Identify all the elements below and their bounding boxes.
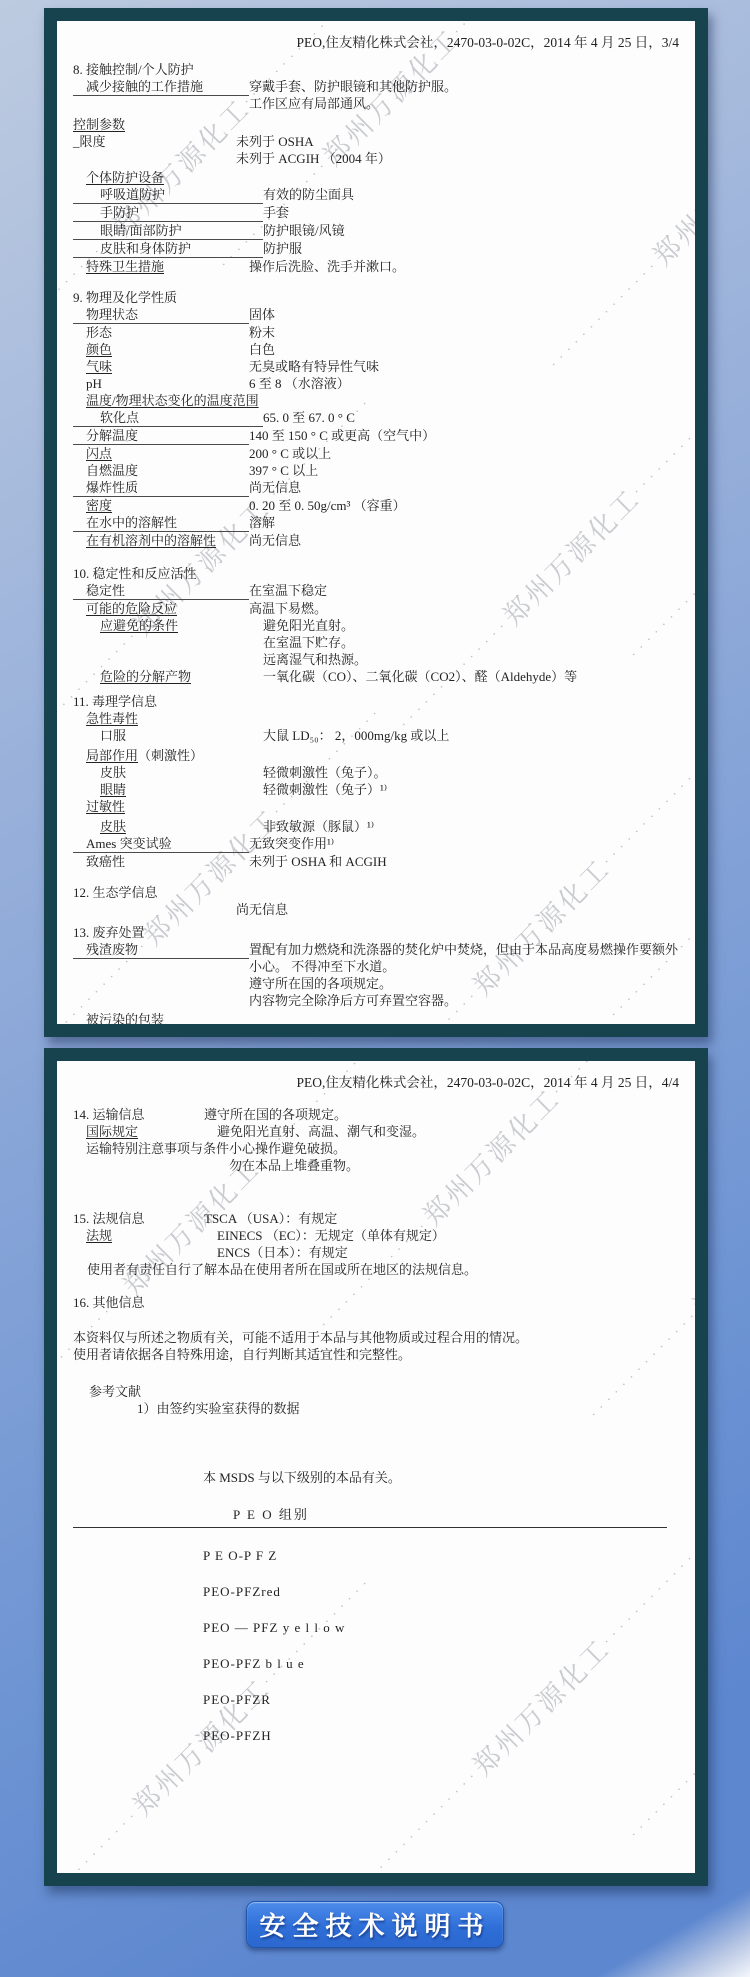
field-row: 危险的分解产物一氧化碳（CO）、二氧化碳（CO2）、醛（Aldehyde）等 <box>73 668 681 685</box>
field-label: 在水中的溶解性 <box>73 514 249 532</box>
field-label-text: 应避免的条件 <box>100 618 178 633</box>
field-label: 眼睛/面部防护 <box>73 222 263 240</box>
field-row: 软化点65. 0 至 67. 0 ° C <box>73 409 681 427</box>
field-label-text: 皮肤 <box>100 819 126 834</box>
field-row: 皮肤和身体防护防护服 <box>73 240 681 258</box>
field-label-text: 密度 <box>86 498 112 513</box>
field-value: 溶解 <box>249 514 681 531</box>
field-value: 65. 0 至 67. 0 ° C <box>263 409 681 426</box>
field-value: EINECS （EC）：无规定（单体有规定）ENCS（日本）：有规定 <box>217 1227 681 1261</box>
field-label: 残渣废物 <box>73 941 249 959</box>
field-label-text: 自燃温度 <box>86 463 138 478</box>
document-header: PEO,住友精化株式会社，2470-03-0-02C，2014 年 4 月 25… <box>73 1074 679 1092</box>
field-value-line: 白色 <box>249 341 681 358</box>
spacer <box>73 685 681 693</box>
field-label: 稳定性 <box>73 582 249 600</box>
section-heading: 12. 生态学信息 <box>73 884 681 901</box>
field-label-text: 稳定性 <box>86 583 125 598</box>
section-heading: 13. 废弃处置 <box>73 924 681 941</box>
field-value-line: 手套 <box>263 204 681 221</box>
paragraph: 使用者请依据各自特殊用途，自行判断其适宜性和完整性。 <box>73 1346 681 1363</box>
field-value: 操作后洗脸、洗手并漱口。 <box>249 258 681 275</box>
field-label-text: 残渣废物 <box>86 942 138 957</box>
field-value-line: 有效的防尘面具 <box>263 186 681 203</box>
field-label: 14. 运输信息 <box>73 1106 204 1123</box>
field-label-text: 危险的分解产物 <box>100 669 191 684</box>
field-row: 物理状态固体 <box>73 306 681 324</box>
field-value: 防护眼镜/风镜 <box>263 222 681 239</box>
field-row: 呼吸道防护有效的防尘面具 <box>73 186 681 204</box>
field-value: 未列于 OSHA 和 ACGIH <box>249 853 681 870</box>
field-row: pH6 至 8 （水溶液） <box>73 375 681 392</box>
field-value: 轻微刺激性（兔子）。 <box>263 764 681 781</box>
field-label: 气味 <box>73 358 249 375</box>
field-label: 被污染的包装 <box>73 1011 249 1028</box>
field-label-text: 口服 <box>100 728 126 743</box>
field-value-line: 遵守所在国的各项规定。 <box>249 975 681 992</box>
field-label-text: 特殊卫生措施 <box>86 259 164 274</box>
field-value-line: 置配有加力燃烧和洗涤器的焚化炉中焚烧，但由于本品高度易燃操作要额外小心。 不得冲… <box>249 941 681 975</box>
field-label-text: 减少接触的工作措施 <box>86 79 203 94</box>
field-label: 软化点 <box>73 409 263 427</box>
field-value-line: 高温下易燃。 <box>249 600 681 617</box>
field-value-line: 无致突变作用¹⁾ <box>249 835 681 852</box>
field-label-text: 皮肤 <box>100 765 126 780</box>
field-label-text: 致癌性 <box>86 854 125 869</box>
field-label-text: 手防护 <box>100 205 139 220</box>
field-row: 密度0. 20 至 0. 50g/cm³ （容重） <box>73 497 681 514</box>
field-value: 小心操作避免破损。勿在本品上堆叠重物。 <box>229 1140 681 1174</box>
field-row: 急性毒性 <box>73 710 681 727</box>
field-value: 遵守所在国的各项规定。 <box>204 1106 681 1123</box>
field-label-text: 温度/物理状态变化的温度范围 <box>86 393 259 408</box>
spacer <box>73 549 681 565</box>
field-row: 过敏性 <box>73 798 681 815</box>
field-value: 置配有加力燃烧和洗涤器的焚化炉中焚烧，但由于本品高度易燃操作要额外小心。 不得冲… <box>249 941 681 1009</box>
field-value: 避免阳光直射、高温、潮气和变湿。 <box>217 1123 681 1140</box>
field-value-line: 防护眼镜/风镜 <box>263 222 681 239</box>
field-value: 避免阳光直射。在室温下贮存。远离湿气和热源。 <box>263 617 681 668</box>
field-value: 未列于 OSHA未列于 ACGIH （2004 年） <box>236 133 681 167</box>
field-row: 被污染的包装 <box>73 1011 681 1028</box>
field-value-line: ENCS（日本）：有规定 <box>217 1244 681 1261</box>
field-value-line: 200 ° C 或以上 <box>249 445 681 462</box>
field-label-text: 急性毒性 <box>86 711 138 726</box>
field-label-text: 气味 <box>86 359 112 374</box>
section-heading: 9. 物理及化学性质 <box>73 289 681 306</box>
field-label-text: 可能的危险反应 <box>86 601 177 616</box>
field-label-text: 国际规定 <box>86 1124 138 1139</box>
field-row: 皮肤非致敏源（豚鼠）¹⁾ <box>73 818 681 835</box>
field-label: 减少接触的工作措施 <box>73 78 249 96</box>
field-label: 法规 <box>73 1227 217 1244</box>
field-row: 尚无信息 <box>73 901 681 918</box>
field-row: 可能的危险反应高温下易燃。 <box>73 600 681 617</box>
field-value-line: 大鼠 LD₅₀： 2，000mg/kg 或以上 <box>263 727 681 744</box>
field-row: 眼睛/面部防护防护眼镜/风镜 <box>73 222 681 240</box>
field-value: 一氧化碳（CO）、二氧化碳（CO2）、醛（Aldehyde）等 <box>263 668 681 685</box>
paragraph: 参考文献 <box>73 1383 681 1400</box>
field-label-text: 控制参数 <box>73 117 125 132</box>
field-label: 15. 法规信息 <box>73 1210 204 1227</box>
field-rows: 14. 运输信息遵守所在国的各项规定。国际规定避免阳光直射、高温、潮气和变湿。运… <box>73 1106 681 1744</box>
field-row: 致癌性未列于 OSHA 和 ACGIH <box>73 853 681 870</box>
field-value: 非致敏源（豚鼠）¹⁾ <box>263 818 681 835</box>
field-label-text: 物理状态 <box>86 307 138 322</box>
field-row: 减少接触的工作措施穿戴手套、防护眼镜和其他防护服。工作区应有局部通风。 <box>73 78 681 112</box>
field-row: Ames 突变试验无致突变作用¹⁾ <box>73 835 681 853</box>
field-value-line: 尚无信息 <box>249 532 681 549</box>
field-label-text: 颜色 <box>86 342 112 357</box>
field-label-text: 呼吸道防护 <box>100 187 165 202</box>
section-heading: 8. 接触控制/个人防护 <box>73 61 681 78</box>
page-content: PEO,住友精化株式会社，2470-03-0-02C，2014 年 4 月 25… <box>57 21 695 1024</box>
spacer <box>73 1174 681 1210</box>
field-value-line: 小心操作避免破损。 <box>229 1140 681 1157</box>
field-value: 防护服 <box>263 240 681 257</box>
field-value-line: 避免阳光直射、高温、潮气和变湿。 <box>217 1123 681 1140</box>
field-value-line: 一氧化碳（CO）、二氧化碳（CO2）、醛（Aldehyde）等 <box>263 668 681 685</box>
field-row: 分解温度140 至 150 ° C 或更高（空气中） <box>73 427 681 445</box>
paragraph: 1）由签约实验室获得的数据 <box>73 1400 681 1417</box>
field-value-line: 溶解 <box>249 514 681 531</box>
field-label: 皮肤 <box>73 764 263 781</box>
field-row: 在水中的溶解性溶解 <box>73 514 681 532</box>
section-heading: 10. 稳定性和反应活性 <box>73 565 681 582</box>
field-label-text: 在水中的溶解性 <box>86 515 177 530</box>
field-value-line: 穿戴手套、防护眼镜和其他防护服。 <box>249 78 681 95</box>
field-value-line: 尚无信息 <box>236 901 681 918</box>
field-label-text: 眼睛/面部防护 <box>100 223 182 238</box>
field-label: 特殊卫生措施 <box>73 258 249 275</box>
field-label: 颜色 <box>73 341 249 358</box>
field-label: 温度/物理状态变化的温度范围 <box>73 392 259 409</box>
field-row: 颜色白色 <box>73 341 681 358</box>
field-value: 140 至 150 ° C 或更高（空气中） <box>249 427 681 444</box>
field-value-line: 固体 <box>249 306 681 323</box>
field-value-line: 未列于 OSHA 和 ACGIH <box>249 853 681 870</box>
field-value: 轻微刺激性（兔子）¹⁾ <box>263 781 681 798</box>
field-row: 国际规定避免阳光直射、高温、潮气和变湿。 <box>73 1123 681 1140</box>
field-value-line: TSCA （USA）：有规定 <box>204 1210 681 1227</box>
field-label: 手防护 <box>73 204 263 222</box>
field-row: 应避免的条件避免阳光直射。在室温下贮存。远离湿气和热源。 <box>73 617 681 668</box>
field-value-line: 勿在本品上堆叠重物。 <box>229 1157 681 1174</box>
field-value-line: 粉末 <box>249 324 681 341</box>
section-heading: 11. 毒理学信息 <box>73 693 681 710</box>
field-value: 0. 20 至 0. 50g/cm³ （容重） <box>249 497 681 514</box>
field-label-text: 形态 <box>86 325 112 340</box>
field-value-line: 在室温下稳定 <box>249 582 681 599</box>
field-row: 气味无臭或略有特异性气味 <box>73 358 681 375</box>
field-label: 分解温度 <box>73 427 249 445</box>
field-label-text: 14. 运输信息 <box>73 1107 145 1122</box>
field-label: 眼睛 <box>73 781 263 798</box>
field-value: 尚无信息 <box>249 532 681 549</box>
field-label: 致癌性 <box>73 853 249 870</box>
field-label: 个体防护设备 <box>73 169 249 186</box>
field-value: 有效的防尘面具 <box>263 186 681 203</box>
spacer <box>73 1486 681 1506</box>
field-value-line: 尚无信息 <box>249 479 681 496</box>
field-value-line: 在室温下贮存。 <box>263 634 681 651</box>
field-value: 手套 <box>263 204 681 221</box>
field-row: 稳定性在室温下稳定 <box>73 582 681 600</box>
field-value: 固体 <box>249 306 681 323</box>
field-value: 高温下易燃。 <box>249 600 681 617</box>
product-grade: PEO-PFZred <box>73 1583 681 1600</box>
product-grade: PEO-PFZ b l u e <box>73 1655 681 1672</box>
field-label-text: 爆炸性质 <box>86 480 138 495</box>
field-value-line: 轻微刺激性（兔子）。 <box>263 764 681 781</box>
field-label: 国际规定 <box>73 1123 217 1140</box>
field-value-line: 6 至 8 （水溶液） <box>249 375 681 392</box>
field-row: 口服大鼠 LD₅₀： 2，000mg/kg 或以上 <box>73 727 681 744</box>
field-label: 局部作用（刺激性） <box>73 747 249 764</box>
field-label-text: 闪点 <box>86 446 112 461</box>
field-label-text: 眼睛 <box>100 782 126 797</box>
field-label-text: Ames 突变试验 <box>86 836 172 851</box>
field-rows: 8. 接触控制/个人防护减少接触的工作措施穿戴手套、防护眼镜和其他防护服。工作区… <box>73 61 681 1028</box>
field-row: 法规EINECS （EC）：无规定（单体有规定）ENCS（日本）：有规定 <box>73 1227 681 1261</box>
field-label-text: 过敏性 <box>86 799 125 814</box>
field-value-line: 遵守所在国的各项规定。 <box>204 1106 681 1123</box>
field-value: 粉末 <box>249 324 681 341</box>
spacer <box>73 1417 681 1469</box>
product-grade: PEO-PFZH <box>73 1727 681 1744</box>
field-label: 应避免的条件 <box>73 617 263 634</box>
field-label: 闪点 <box>73 445 249 462</box>
field-label-text: _限度 <box>73 134 106 149</box>
field-value-line: 未列于 OSHA <box>236 133 681 150</box>
field-label: 控制参数 <box>73 116 236 133</box>
msds-title-button[interactable]: 安全技术说明书 <box>246 1901 504 1948</box>
field-label: 在有机溶剂中的溶解性 <box>73 532 249 549</box>
field-label-text: 在有机溶剂中的溶解性 <box>86 533 216 548</box>
field-row: 局部作用（刺激性） <box>73 747 681 764</box>
field-label: 物理状态 <box>73 306 249 324</box>
field-value-line: 内容物完全除净后方可弃置空容器。 <box>249 992 681 1009</box>
field-value-line: 轻微刺激性（兔子）¹⁾ <box>263 781 681 798</box>
field-label: 爆炸性质 <box>73 479 249 497</box>
field-row: 爆炸性质尚无信息 <box>73 479 681 497</box>
field-value: 无致突变作用¹⁾ <box>249 835 681 852</box>
spacer <box>73 1311 681 1329</box>
field-value-line: 397 ° C 以上 <box>249 462 681 479</box>
paragraph: 使用者有责任自行了解本品在使用者所在国或所在地区的法规信息。 <box>73 1261 681 1278</box>
spacer <box>73 1278 681 1294</box>
field-row: 运输特别注意事项与条件小心操作避免破损。勿在本品上堆叠重物。 <box>73 1140 681 1174</box>
peo-group-heading: P E O 组别 <box>73 1506 667 1528</box>
field-label-text: 运输特别注意事项与条件 <box>86 1141 229 1156</box>
field-label: pH <box>73 375 249 392</box>
field-label-text: 个体防护设备 <box>86 170 164 185</box>
field-value-line: 避免阳光直射。 <box>263 617 681 634</box>
field-row: 自燃温度397 ° C 以上 <box>73 462 681 479</box>
field-row: 特殊卫生措施操作后洗脸、洗手并漱口。 <box>73 258 681 275</box>
field-row: _限度未列于 OSHA未列于 ACGIH （2004 年） <box>73 133 681 167</box>
field-value-line: 操作后洗脸、洗手并漱口。 <box>249 258 681 275</box>
msds-page-3-of-4: ··············郑州万源化工····················… <box>44 8 708 1037</box>
field-value-line: 无臭或略有特异性气味 <box>249 358 681 375</box>
field-value-line: 远离湿气和热源。 <box>263 651 681 668</box>
field-value: 尚无信息 <box>249 479 681 496</box>
field-row: 手防护手套 <box>73 204 681 222</box>
field-row: 皮肤轻微刺激性（兔子）。 <box>73 764 681 781</box>
field-row: 温度/物理状态变化的温度范围 <box>73 392 681 409</box>
field-value-line: 防护服 <box>263 240 681 257</box>
spacer <box>73 870 681 884</box>
field-value: 6 至 8 （水溶液） <box>249 375 681 392</box>
paragraph: 本 MSDS 与以下级别的本品有关。 <box>73 1469 681 1486</box>
field-label: 急性毒性 <box>73 710 249 727</box>
msds-page-4-of-4: ··············郑州万源化工····················… <box>44 1048 708 1886</box>
field-row: 形态粉末 <box>73 324 681 341</box>
field-label-text: 局部作用 <box>86 748 138 763</box>
field-value: 397 ° C 以上 <box>249 462 681 479</box>
field-value-line: EINECS （EC）：无规定（单体有规定） <box>217 1227 681 1244</box>
field-label: 口服 <box>73 727 263 744</box>
field-label: _限度 <box>73 133 236 150</box>
field-value-line: 工作区应有局部通风。 <box>249 95 681 112</box>
spacer <box>73 1363 681 1383</box>
field-value: TSCA （USA）：有规定 <box>204 1210 681 1227</box>
field-row: 眼睛轻微刺激性（兔子）¹⁾ <box>73 781 681 798</box>
field-value: 无臭或略有特异性气味 <box>249 358 681 375</box>
field-label-text: 法规 <box>86 1228 112 1243</box>
field-row: 15. 法规信息TSCA （USA）：有规定 <box>73 1210 681 1227</box>
field-label-suffix: （刺激性） <box>138 748 203 763</box>
spacer <box>73 275 681 289</box>
field-label: Ames 突变试验 <box>73 835 249 853</box>
field-label: 过敏性 <box>73 798 249 815</box>
field-value-line: 非致敏源（豚鼠）¹⁾ <box>263 818 681 835</box>
field-label-text: 15. 法规信息 <box>73 1211 145 1226</box>
field-value: 大鼠 LD₅₀： 2，000mg/kg 或以上 <box>263 727 681 744</box>
field-row: 控制参数 <box>73 116 681 133</box>
field-label: 运输特别注意事项与条件 <box>73 1140 229 1157</box>
section-heading: 16. 其他信息 <box>73 1294 681 1311</box>
field-label: 形态 <box>73 324 249 341</box>
field-label: 危险的分解产物 <box>73 668 263 685</box>
field-value: 在室温下稳定 <box>249 582 681 599</box>
field-label: 密度 <box>73 497 249 514</box>
field-row: 闪点200 ° C 或以上 <box>73 445 681 462</box>
field-row: 在有机溶剂中的溶解性尚无信息 <box>73 532 681 549</box>
field-value-line: 65. 0 至 67. 0 ° C <box>263 409 681 426</box>
field-value: 穿戴手套、防护眼镜和其他防护服。工作区应有局部通风。 <box>249 78 681 112</box>
field-label: 呼吸道防护 <box>73 186 263 204</box>
product-grade: P E O-P F Z <box>73 1547 681 1564</box>
field-label: 皮肤 <box>73 818 263 835</box>
field-value: 白色 <box>249 341 681 358</box>
product-grade: PEO-PFZR <box>73 1691 681 1708</box>
field-label: 可能的危险反应 <box>73 600 249 617</box>
field-label: 自燃温度 <box>73 462 249 479</box>
field-row: 残渣废物置配有加力燃烧和洗涤器的焚化炉中焚烧，但由于本品高度易燃操作要额外小心。… <box>73 941 681 1009</box>
field-label-text: 分解温度 <box>86 428 138 443</box>
field-label-text: 皮肤和身体防护 <box>100 241 191 256</box>
field-label-text: 软化点 <box>100 410 139 425</box>
product-grade: PEO ― PFZ y e l l o w <box>73 1619 681 1636</box>
field-row: 14. 运输信息遵守所在国的各项规定。 <box>73 1106 681 1123</box>
field-row: 个体防护设备 <box>73 169 681 186</box>
field-value: 200 ° C 或以上 <box>249 445 681 462</box>
field-value: 尚无信息 <box>236 901 681 918</box>
document-header: PEO,住友精化株式会社，2470-03-0-02C，2014 年 4 月 25… <box>73 34 679 52</box>
screenshot-root: ··············郑州万源化工····················… <box>0 0 750 1977</box>
paragraph: 本资料仅与所述之物质有关，可能不适用于本品与其他物质或过程合用的情况。 <box>73 1329 681 1346</box>
field-label-text: 被污染的包装 <box>86 1012 164 1027</box>
field-value-line: 未列于 ACGIH （2004 年） <box>236 150 681 167</box>
field-label-text: pH <box>86 376 102 391</box>
page-content: PEO,住友精化株式会社，2470-03-0-02C，2014 年 4 月 25… <box>57 1061 695 1873</box>
field-value-line: 140 至 150 ° C 或更高（空气中） <box>249 427 681 444</box>
field-value-line: 0. 20 至 0. 50g/cm³ （容重） <box>249 497 681 514</box>
field-label: 皮肤和身体防护 <box>73 240 263 258</box>
